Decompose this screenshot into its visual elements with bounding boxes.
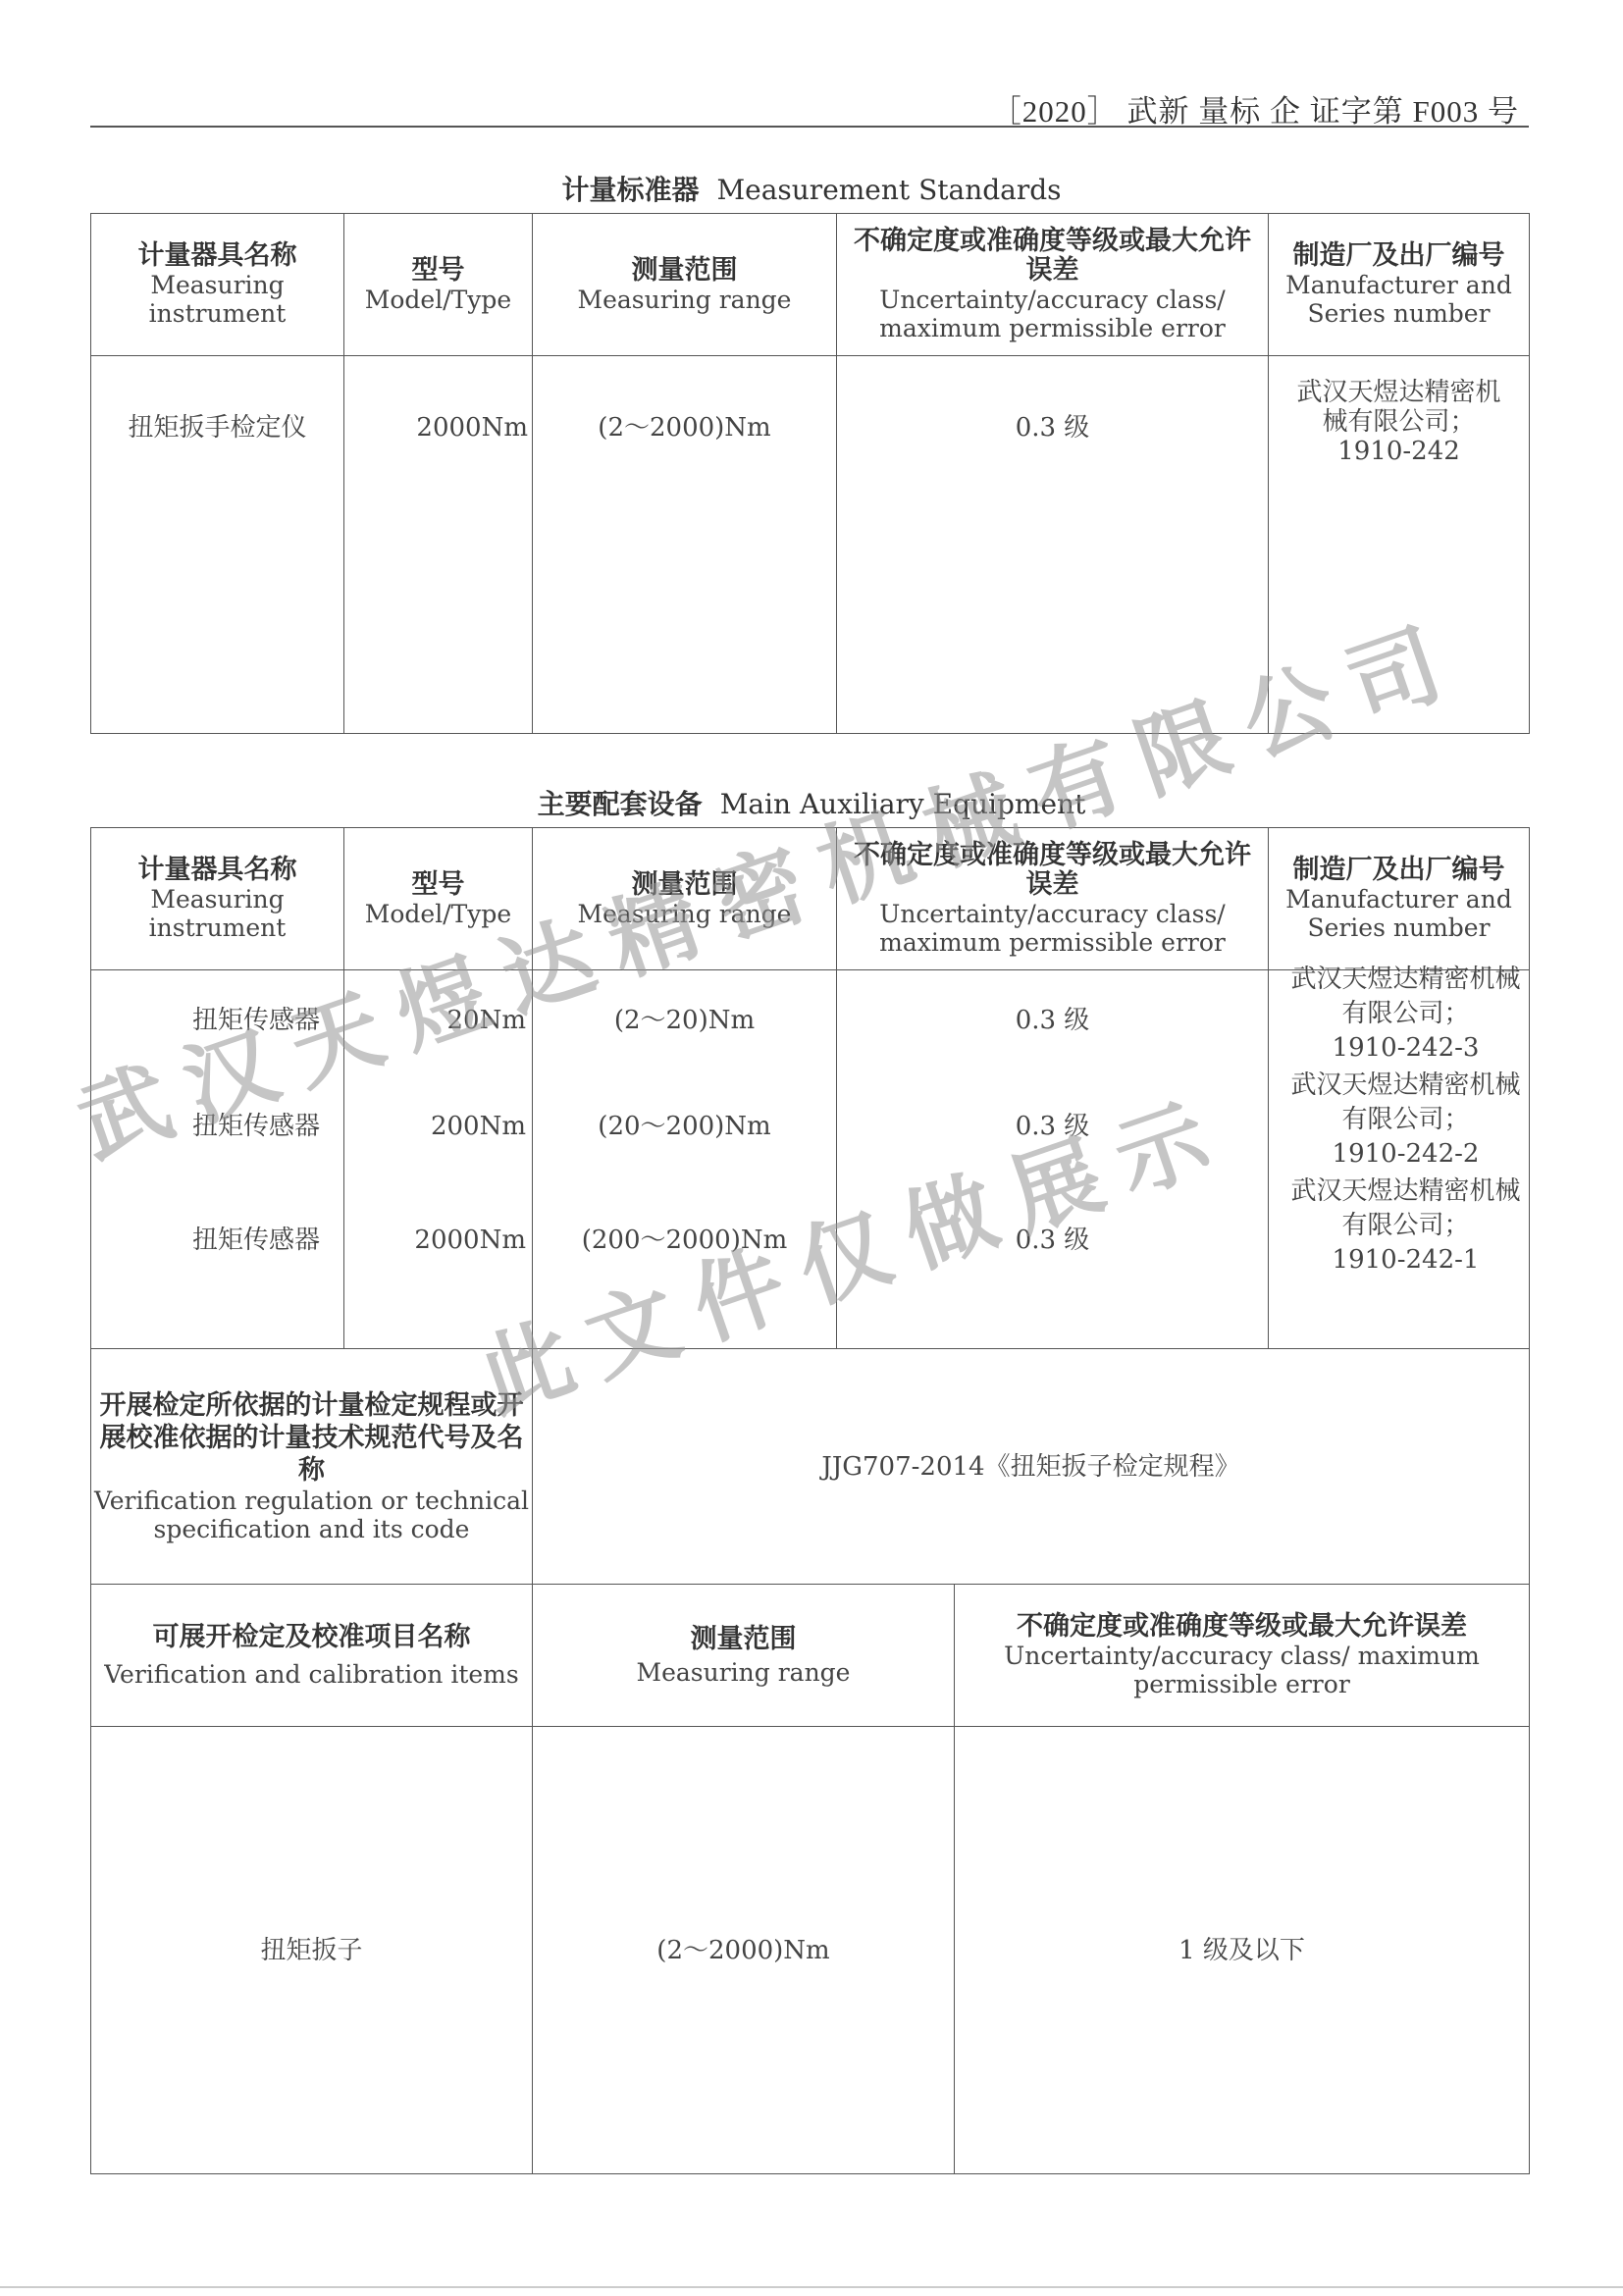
regulation-label: 开展检定所依据的计量检定规程或开展校准依据的计量技术规范代号及名称 Verifi… [91,1349,533,1585]
cell-range: (2～20)Nm (20～200)Nm (200～2000)Nm [533,970,837,1349]
col-header-instrument: 计量器具名称Measuring instrument [91,214,344,356]
table-header-row: 计量器具名称Measuring instrument 型号Model/Type … [91,828,1530,970]
cell-model: 2000Nm [344,356,533,734]
calibration-items-table: 可展开检定及校准项目名称Verification and calibration… [90,1584,1530,2174]
col-header-manufacturer: 制造厂及出厂编号Manufacturer and Series number [1269,214,1530,356]
certificate-header: ［2020］ 武新 量标 企 证字第 F003 号 [90,86,1529,128]
regulation-table: 开展检定所依据的计量检定规程或开展校准依据的计量技术规范代号及名称 Verifi… [90,1348,1530,1585]
regulation-value: JJG707-2014《扭矩扳子检定规程》 [533,1349,1530,1585]
table-header-row: 计量器具名称Measuring instrument 型号Model/Type … [91,214,1530,356]
col-header-range: 测量范围Measuring range [533,1585,955,1727]
cell-accuracy: 0.3 级 [837,356,1269,734]
cell-manufacturer: 武汉天煜达精密机械有限公司；1910-242-3 武汉天煜达精密机械有限公司；1… [1269,970,1530,1349]
table-header-row: 可展开检定及校准项目名称Verification and calibration… [91,1585,1530,1727]
cell-range: (2～2000)Nm [533,1727,955,2174]
measurement-standards-table: 计量器具名称Measuring instrument 型号Model/Type … [90,213,1530,734]
col-header-accuracy: 不确定度或准确度等级或最大允许误差Uncertainty/accuracy cl… [837,828,1269,970]
col-header-item: 可展开检定及校准项目名称Verification and calibration… [91,1585,533,1727]
cell-accuracy: 0.3 级 0.3 级 0.3 级 [837,970,1269,1349]
cell-item: 扭矩扳子 [91,1727,533,2174]
col-header-accuracy: 不确定度或准确度等级或最大允许误差Uncertainty/accuracy cl… [955,1585,1530,1727]
table-row: 扭矩传感器 扭矩传感器 扭矩传感器 20Nm 200Nm 2000Nm (2～2… [91,970,1530,1349]
cell-range: (2～2000)Nm [533,356,837,734]
col-header-manufacturer: 制造厂及出厂编号Manufacturer and Series number [1269,828,1530,970]
cell-accuracy: 1 级及以下 [955,1727,1530,2174]
table-row: 扭矩扳手检定仪 2000Nm (2～2000)Nm 0.3 级 武汉天煜达精密机… [91,356,1530,734]
cell-instrument: 扭矩传感器 扭矩传感器 扭矩传感器 [91,970,344,1349]
measurement-standards-title: 计量标准器Measurement Standards [0,169,1623,208]
cell-manufacturer: 武汉天煜达精密机械有限公司； 1910-242 [1269,356,1530,734]
col-header-range: 测量范围Measuring range [533,828,837,970]
col-header-accuracy: 不确定度或准确度等级或最大允许误差Uncertainty/accuracy cl… [837,214,1269,356]
col-header-model: 型号Model/Type [344,828,533,970]
certificate-number: ［2020］ 武新 量标 企 证字第 F003 号 [991,86,1519,130]
page-bottom-edge [0,2286,1623,2288]
auxiliary-equipment-title: 主要配套设备Main Auxiliary Equipment [0,783,1623,822]
cell-instrument: 扭矩扳手检定仪 [91,356,344,734]
col-header-model: 型号Model/Type [344,214,533,356]
cell-model: 20Nm 200Nm 2000Nm [344,970,533,1349]
auxiliary-equipment-table: 计量器具名称Measuring instrument 型号Model/Type … [90,827,1530,1349]
col-header-range: 测量范围Measuring range [533,214,837,356]
table-row: 扭矩扳子 (2～2000)Nm 1 级及以下 [91,1727,1530,2174]
col-header-instrument: 计量器具名称Measuring instrument [91,828,344,970]
